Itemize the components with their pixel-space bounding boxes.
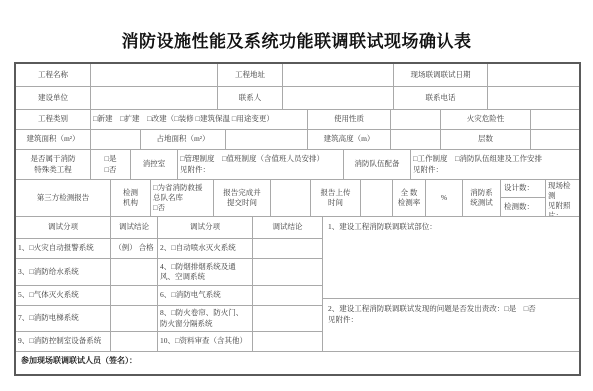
system-count-cell: 设计数： 检测数： — [501, 180, 546, 217]
debug-result-5[interactable] — [111, 286, 158, 306]
third-party-report-label: 第三方检测报告 — [16, 180, 111, 217]
debug-sub-table: 调试分项 调试结论 调试分项 调试结论 1、□火灾自动报警系统 （例） 合格 2… — [16, 217, 323, 352]
debug-result-1: （例） 合格 — [111, 239, 158, 259]
row-building-metrics: 建筑面积（m²） 占地面积（m²） 建筑高度（m） 层数 — [16, 130, 579, 150]
row-signature: 参加现场联调联试人员（签名）： — [16, 352, 579, 374]
project-name-value[interactable] — [91, 64, 218, 87]
notes-column: 1、建设工程消防联调联试部位： 2、建设工程消防联调联试发现的问题是否发出责改：… — [323, 217, 579, 352]
debug-result-4[interactable] — [253, 259, 323, 286]
fire-brigade-options[interactable]: □工作制度 □消防队伍组建及工作安排 见附件： — [411, 150, 579, 180]
report-submit-time-value[interactable] — [271, 180, 311, 217]
debug-result-10[interactable] — [253, 332, 323, 352]
row-project-category: 工程类别 □新建 □扩建 □改建（□装修 □建筑保温 □用途变更） 使用性质 火… — [16, 110, 579, 130]
note-rectification[interactable]: 2、建设工程消防联调联试发现的问题是否发出责改：□是 □否 见附件： — [323, 299, 579, 352]
debug-item-1[interactable]: 1、□火灾自动报警系统 — [16, 239, 111, 259]
debug-row-5: 9、□消防控制室设备系统 10、□资料审查（含其他） — [16, 332, 323, 352]
note-test-location[interactable]: 1、建设工程消防联调联试部位： — [323, 217, 579, 299]
building-area-value[interactable] — [91, 130, 141, 150]
site-photo-label: 现场检测 见附照片： — [546, 180, 579, 217]
debug-result-7[interactable] — [111, 306, 158, 332]
debug-result-6[interactable] — [253, 286, 323, 306]
construction-unit-label: 建设单位 — [16, 87, 91, 110]
fire-risk-label: 火灾危险性 — [441, 110, 531, 130]
floors-value[interactable] — [531, 130, 579, 150]
test-date-value[interactable] — [488, 64, 579, 87]
control-room-label: 消控室 — [131, 150, 178, 180]
debug-result-3[interactable] — [111, 259, 158, 286]
report-upload-time-label: 报告上传 时间 — [311, 180, 361, 217]
debug-item-10[interactable]: 10、□资料审查（含其他） — [158, 332, 253, 352]
debug-row-2: 3、□消防给水系统 4、□防烟排烟系统及通风、空调系统 — [16, 259, 323, 286]
debug-row-3: 5、□气体灭火系统 6、□消防电气系统 — [16, 286, 323, 306]
usage-nature-label: 使用性质 — [308, 110, 391, 130]
special-project-label: 是否属于消防 特殊类工程 — [16, 150, 91, 180]
special-project-options[interactable]: □是 □否 — [91, 150, 131, 180]
project-category-label: 工程类别 — [16, 110, 91, 130]
row-third-party-report: 第三方检测报告 检测 机构 □为省消防救援 总队名库 □否 报告完成并 提交时间… — [16, 180, 579, 217]
debug-header-row: 调试分项 调试结论 调试分项 调试结论 — [16, 217, 323, 239]
debug-result-2[interactable] — [253, 239, 323, 259]
project-name-label: 工程名称 — [16, 64, 91, 87]
floors-label: 层数 — [441, 130, 531, 150]
report-submit-time-label: 报告完成并 提交时间 — [214, 180, 271, 217]
contact-phone-label: 联系电话 — [394, 87, 488, 110]
building-area-label: 建筑面积（m²） — [16, 130, 91, 150]
debug-item-3[interactable]: 3、□消防给水系统 — [16, 259, 111, 286]
contact-phone-value[interactable] — [488, 87, 579, 110]
row-unit-contact: 建设单位 联系人 联系电话 — [16, 87, 579, 110]
inspection-agency-label: 检测 机构 — [111, 180, 151, 217]
building-height-label: 建筑高度（m） — [308, 130, 391, 150]
confirmation-form-table: 工程名称 工程地址 现场联调联试日期 建设单位 联系人 联系电话 工程类别 □新… — [14, 62, 581, 376]
project-category-options[interactable]: □新建 □扩建 □改建（□装修 □建筑保温 □用途变更） — [91, 110, 308, 130]
debug-item-header-1: 调试分项 — [16, 217, 111, 239]
fire-risk-value[interactable] — [531, 110, 579, 130]
document-page: 消防设施性能及系统功能联调联试现场确认表 工程名称 工程地址 现场联调联试日期 … — [0, 0, 593, 391]
debug-row-1: 1、□火灾自动报警系统 （例） 合格 2、□自动喷水灭火系统 — [16, 239, 323, 259]
full-inspection-rate-label: 全 数 检测率 — [393, 180, 426, 217]
contact-person-label: 联系人 — [218, 87, 283, 110]
debug-item-8[interactable]: 8、□防火卷帘、防火门、防火窗分隔系统 — [158, 306, 253, 332]
debug-item-9[interactable]: 9、□消防控制室设备系统 — [16, 332, 111, 352]
debug-result-header-2: 调试结论 — [253, 217, 323, 239]
page-title: 消防设施性能及系统功能联调联试现场确认表 — [0, 27, 593, 52]
debug-item-4[interactable]: 4、□防烟排烟系统及通风、空调系统 — [158, 259, 253, 286]
debug-row-4: 7、□消防电梯系统 8、□防火卷帘、防火门、防火窗分隔系统 — [16, 306, 323, 332]
fire-brigade-label: 消防队伍配备 — [344, 150, 411, 180]
land-area-label: 占地面积（m²） — [141, 130, 226, 150]
contact-person-value[interactable] — [283, 87, 394, 110]
project-address-label: 工程地址 — [218, 64, 283, 87]
debug-item-5[interactable]: 5、□气体灭火系统 — [16, 286, 111, 306]
construction-unit-value[interactable] — [91, 87, 218, 110]
debug-item-7[interactable]: 7、□消防电梯系统 — [16, 306, 111, 332]
debug-item-2[interactable]: 2、□自动喷水灭火系统 — [158, 239, 253, 259]
signature-label[interactable]: 参加现场联调联试人员（签名）： — [16, 352, 579, 374]
debug-result-header-1: 调试结论 — [111, 217, 158, 239]
usage-nature-value[interactable] — [391, 110, 441, 130]
rescue-roster-options[interactable]: □为省消防救援 总队名库 □否 — [151, 180, 214, 217]
project-address-value[interactable] — [283, 64, 394, 87]
debug-item-6[interactable]: 6、□消防电气系统 — [158, 286, 253, 306]
report-upload-time-value[interactable] — [361, 180, 393, 217]
debug-result-9[interactable] — [111, 332, 158, 352]
debug-item-header-2: 调试分项 — [158, 217, 253, 239]
test-date-label: 现场联调联试日期 — [394, 64, 488, 87]
land-area-value[interactable] — [226, 130, 308, 150]
debug-result-8[interactable] — [253, 306, 323, 332]
percent-value[interactable]: % — [426, 180, 463, 217]
design-count-label[interactable]: 设计数： — [501, 180, 545, 198]
control-room-options[interactable]: □管理制度 □值班制度（含值班人员安排） 见附件： — [178, 150, 344, 180]
building-height-value[interactable] — [391, 130, 441, 150]
row-special-project: 是否属于消防 特殊类工程 □是 □否 消控室 □管理制度 □值班制度（含值班人员… — [16, 150, 579, 180]
debug-section: 调试分项 调试结论 调试分项 调试结论 1、□火灾自动报警系统 （例） 合格 2… — [16, 217, 579, 352]
test-count-label[interactable]: 检测数： — [501, 198, 545, 216]
row-project-info: 工程名称 工程地址 现场联调联试日期 — [16, 64, 579, 87]
fire-system-test-label: 消防系 统测试 — [463, 180, 501, 217]
